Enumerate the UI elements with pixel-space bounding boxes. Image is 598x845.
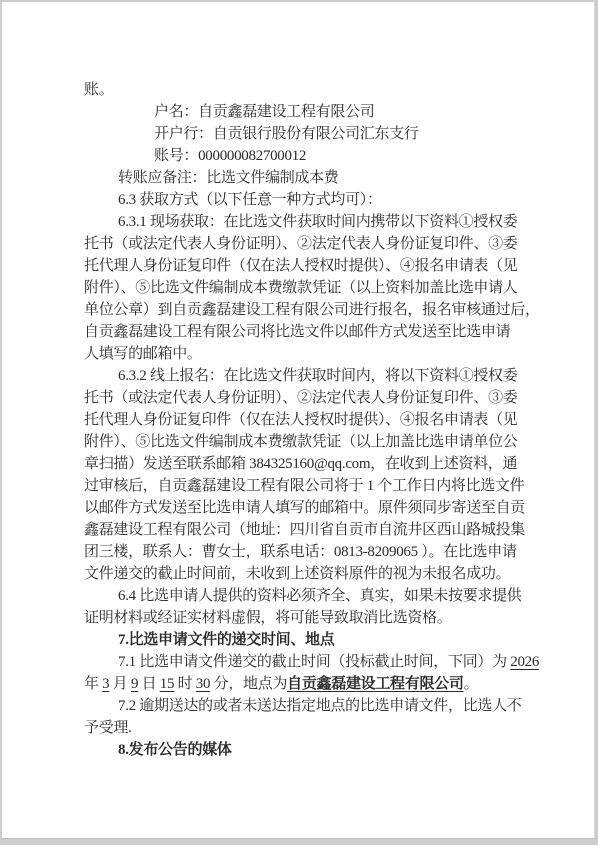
text-run: 8.发布公告的媒体	[118, 742, 232, 758]
text-run: 日	[138, 676, 160, 692]
text-run: 附件）、⑤比选文件编制成本费缴款凭证（以上加盖比选申请单位公	[84, 434, 518, 450]
document-line: 单位公章）到自贡鑫磊建设工程有限公司进行报名，报名审核通过后，	[84, 299, 534, 321]
text-run: 过审核后，自贡鑫磊建设工程有限公司将于 1 个工作日内将比选文件	[84, 478, 524, 494]
document-line: 人填写的邮箱中。	[84, 343, 534, 365]
document-line: 6.3.1 现场获取：在比选文件获取时间内携带以下资料①授权委	[84, 211, 534, 233]
text-run: 托代理人身份证复印件（仅在法人授权时提供）、④报名申请表（见	[84, 412, 518, 428]
document-line: 托书（或法定代表人身份证明）、②法定代表人身份证复印件、③委	[84, 387, 534, 409]
text-run: 托书（或法定代表人身份证明）、②法定代表人身份证复印件、③委	[84, 390, 518, 406]
text-run: 自贡鑫磊建设工程有限公司	[287, 676, 463, 692]
text-run: 30	[196, 676, 210, 692]
document-line: 账号：000000082700012	[84, 145, 534, 167]
document-line: 证明材料或经证实材料虚假，将可能导致取消比选资格。	[84, 607, 534, 629]
text-run: 托代理人身份证复印件（仅在法人授权时提供）、④报名申请表（见	[84, 258, 518, 274]
text-run: 托书（或法定代表人身份证明）、②法定代表人身份证复印件、③委	[84, 236, 518, 252]
text-run: 证明材料或经证实材料虚假，将可能导致取消比选资格。	[84, 610, 452, 626]
document-line: 7.比选申请文件的递交时间、地点	[84, 629, 534, 651]
document-line: 附件）、⑤比选文件编制成本费缴款凭证（以上资料加盖比选申请人	[84, 277, 534, 299]
text-run: 单位公章）到自贡鑫磊建设工程有限公司进行报名，报名审核通过后，	[84, 302, 540, 318]
text-run: 2026	[510, 654, 539, 670]
text-run: 年	[84, 676, 102, 692]
text-run: 鑫磊建设工程有限公司（地址：四川省自贡市自流井区西山路城投集	[84, 522, 525, 538]
text-run: 章扫描）发送至联系邮箱 384325160@qq.com，在收到上述资料，通	[84, 456, 517, 472]
document-body: 账。户名：自贡鑫磊建设工程有限公司开户行：自贡银行股份有限公司汇东支行账号：00…	[84, 79, 534, 761]
text-run: 予受理.	[84, 720, 132, 736]
document-line: 鑫磊建设工程有限公司（地址：四川省自贡市自流井区西山路城投集	[84, 519, 534, 541]
document-line: 以邮件方式发送至比选申请人填写的邮箱中。原件须同步寄送至自贡	[84, 497, 534, 519]
text-run: 6.3.1 现场获取：在比选文件获取时间内携带以下资料①授权委	[118, 214, 517, 230]
text-run: 自贡鑫磊建设工程有限公司将比选文件以邮件方式发送至比选申请	[84, 324, 510, 340]
document-line: 6.4 比选申请人提供的资料必须齐全、真实，如果未按要求提供	[84, 585, 534, 607]
document-line: 户名：自贡鑫磊建设工程有限公司	[84, 101, 534, 123]
document-line: 7.2 逾期送达的或者未送达指定地点的比选申请文件，比选人不	[84, 695, 534, 717]
document-line: 附件）、⑤比选文件编制成本费缴款凭证（以上加盖比选申请单位公	[84, 431, 534, 453]
document-line: 托代理人身份证复印件（仅在法人授权时提供）、④报名申请表（见	[84, 409, 534, 431]
document-line: 托书（或法定代表人身份证明）、②法定代表人身份证复印件、③委	[84, 233, 534, 255]
text-run: 7.2 逾期送达的或者未送达指定地点的比选申请文件，比选人不	[118, 698, 522, 714]
text-run: 账。	[84, 82, 113, 98]
document-line: 过审核后，自贡鑫磊建设工程有限公司将于 1 个工作日内将比选文件	[84, 475, 534, 497]
text-run: 账号：000000082700012	[154, 148, 306, 164]
document-line: 章扫描）发送至联系邮箱 384325160@qq.com，在收到上述资料，通	[84, 453, 534, 475]
text-run: 。	[464, 676, 479, 692]
text-run: 分，地点为	[210, 676, 287, 692]
document-line: 文件递交的截止时间前，未收到上述资料原件的视为未报名成功。	[84, 563, 534, 585]
document-line: 开户行：自贡银行股份有限公司汇东支行	[84, 123, 534, 145]
text-run: 6.4 比选申请人提供的资料必须齐全、真实，如果未按要求提供	[118, 588, 522, 604]
text-run: 户名：自贡鑫磊建设工程有限公司	[154, 104, 375, 120]
text-run: 以邮件方式发送至比选申请人填写的邮箱中。原件须同步寄送至自贡	[84, 500, 525, 516]
document-page: 账。户名：自贡鑫磊建设工程有限公司开户行：自贡银行股份有限公司汇东支行账号：00…	[2, 2, 595, 839]
document-line: 予受理.	[84, 717, 534, 739]
document-line: 7.1 比选申请文件递交的截止时间（投标截止时间，下同）为 2026	[84, 651, 534, 673]
text-run: 月	[109, 676, 131, 692]
document-line: 团三楼，联系人：曹女士，联系电话：0813-8209065 ）。在比选申请	[84, 541, 534, 563]
text-run: 15	[160, 676, 174, 692]
document-line: 6.3 获取方式（以下任意一种方式均可）：	[84, 189, 534, 211]
text-run: 6.3 获取方式（以下任意一种方式均可）：	[118, 192, 382, 208]
document-line: 转账应备注：比选文件编制成本费	[84, 167, 534, 189]
document-line: 自贡鑫磊建设工程有限公司将比选文件以邮件方式发送至比选申请	[84, 321, 534, 343]
document-line: 8.发布公告的媒体	[84, 739, 534, 761]
text-run: 开户行：自贡银行股份有限公司汇东支行	[154, 126, 419, 142]
text-run: 人填写的邮箱中。	[84, 346, 202, 362]
document-line: 年 3 月 9 日 15 时 30 分，地点为自贡鑫磊建设工程有限公司。	[84, 673, 534, 695]
text-run: 附件）、⑤比选文件编制成本费缴款凭证（以上资料加盖比选申请人	[84, 280, 518, 296]
text-run: 时	[174, 676, 196, 692]
text-run: 7.比选申请文件的递交时间、地点	[118, 632, 334, 648]
screenshot-root: { "document": { "lines": [ { "indent": "…	[0, 0, 598, 845]
text-run: 文件递交的截止时间前，未收到上述资料原件的视为未报名成功。	[84, 566, 510, 582]
text-run: 转账应备注：比选文件编制成本费	[118, 170, 339, 186]
text-run: 团三楼，联系人：曹女士，联系电话：0813-8209065 ）。在比选申请	[84, 544, 517, 560]
document-line: 账。	[84, 79, 534, 101]
text-run: 7.1 比选申请文件递交的截止时间（投标截止时间，下同）为	[118, 654, 510, 670]
text-run: 6.3.2 线上报名：在比选文件获取时间内，将以下资料①授权委	[118, 368, 517, 384]
document-line: 托代理人身份证复印件（仅在法人授权时提供）、④报名申请表（见	[84, 255, 534, 277]
document-line: 6.3.2 线上报名：在比选文件获取时间内，将以下资料①授权委	[84, 365, 534, 387]
